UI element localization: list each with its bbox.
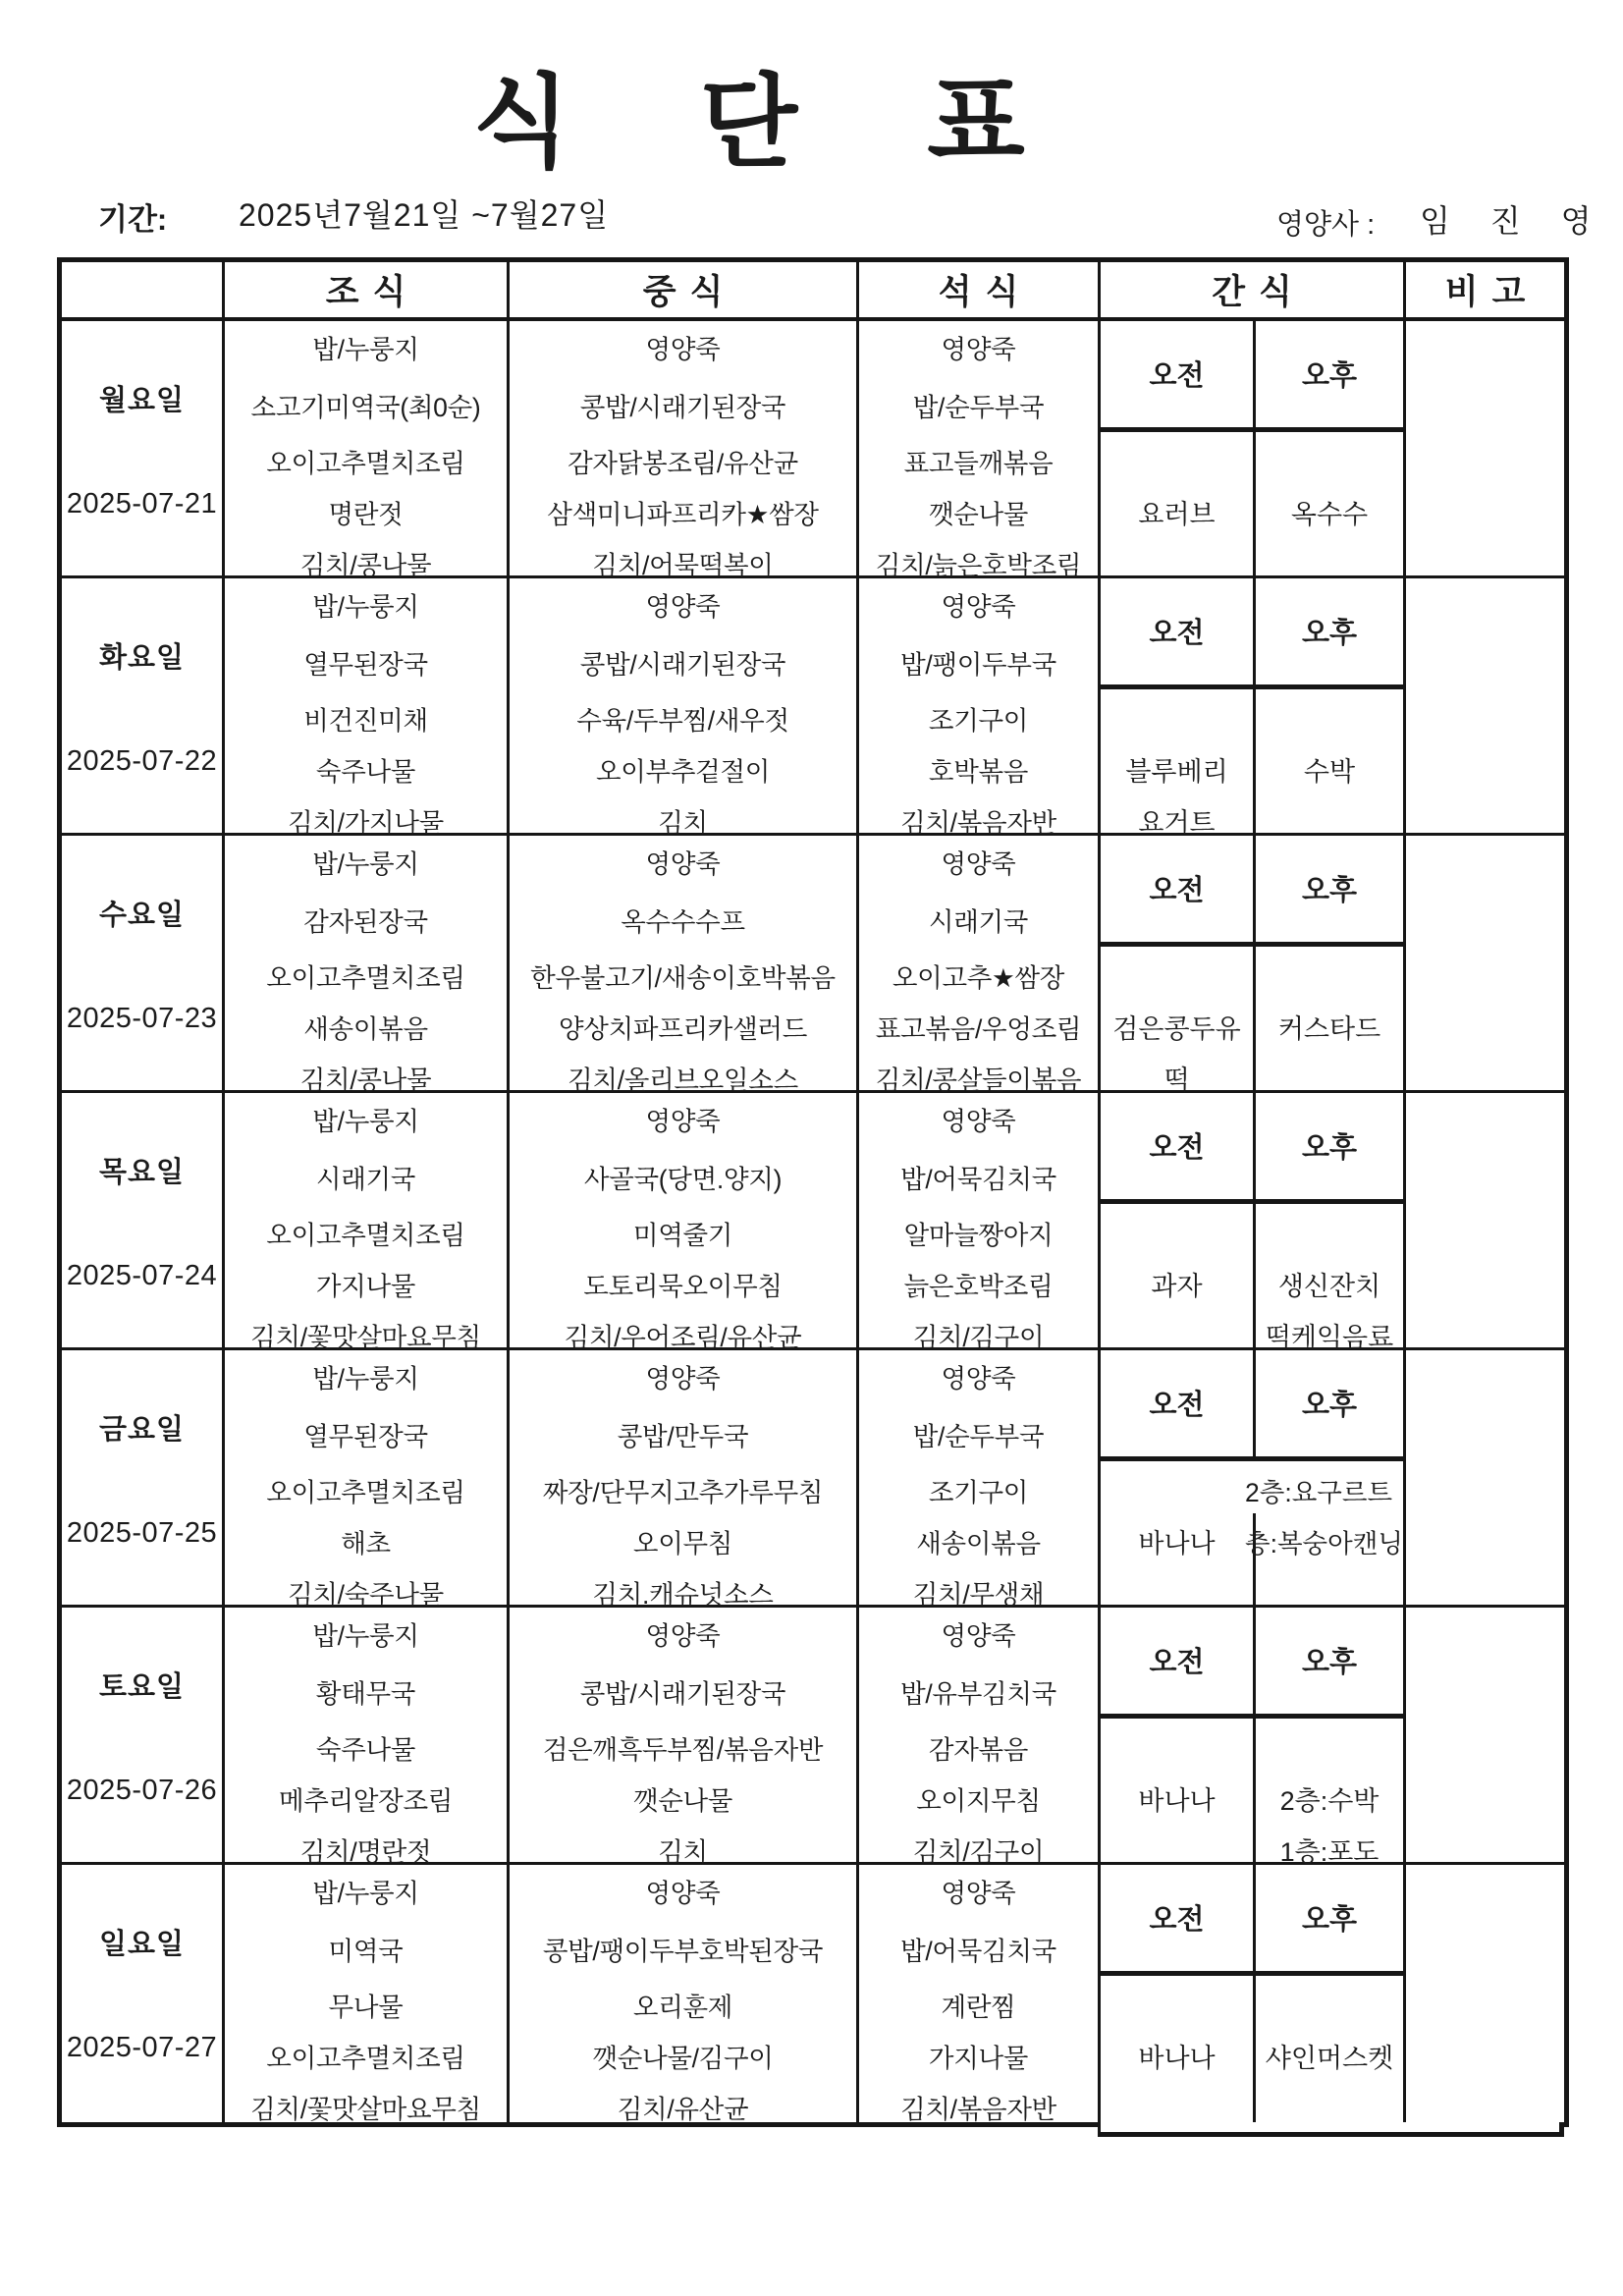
menu-line: 영양죽	[510, 323, 856, 370]
day-name: 토요일	[62, 1665, 222, 1704]
snack-pm-label: 오후	[1256, 1865, 1403, 1969]
menu-line: 밥/유부김치국	[859, 1667, 1098, 1715]
snack-divider-vertical	[1253, 836, 1256, 1090]
menu-line: 메추리알장조림	[225, 1775, 507, 1822]
snack-divider-vertical	[1253, 321, 1256, 575]
day-name: 월요일	[62, 378, 222, 417]
snack-am-label: 오전	[1101, 321, 1253, 425]
menu-line: 콩밥/시래기된장국	[510, 638, 856, 685]
snack-cell: 오전 오후 과자 생신잔치 떡케익음료	[1101, 1093, 1406, 1350]
menu-line: 영양죽	[859, 1095, 1098, 1142]
menu-line: 도토리묵오이무침	[510, 1260, 856, 1307]
page-title: 식단표	[0, 41, 1560, 187]
menu-line: 콩밥/팽이두부호박된장국	[510, 1925, 856, 1972]
day-cell-wednesday: 수요일 2025-07-23	[62, 836, 225, 1093]
menu-line: 미역줄기	[510, 1209, 856, 1256]
menu-line: 오이고추멸치조림	[225, 952, 507, 999]
day-cell-friday: 금요일 2025-07-25	[62, 1350, 225, 1608]
menu-line: 영양죽	[859, 838, 1098, 885]
menu-line: 시래기국	[225, 1153, 507, 1200]
menu-line: 영양죽	[510, 838, 856, 885]
menu-line: 감자된장국	[225, 896, 507, 943]
snack-am-label: 오전	[1101, 578, 1253, 683]
snack-cell: 오전 오후 바나나 2층:수박 1층:포도	[1101, 1608, 1406, 1865]
snack-pm-value: 층:복숭아캔닝	[1245, 1517, 1403, 1564]
breakfast-cell: 밥/누룽지 미역국 무나물 오이고추멸치조림 김치/꽃맛살마요무침	[225, 1865, 510, 2122]
snack-cell: 오전 오후 요러브 옥수수	[1101, 321, 1406, 578]
snack-pm-value: 커스타드	[1256, 1003, 1403, 1050]
breakfast-cell: 밥/누룽지 시래기국 오이고추멸치조림 가지나물 김치/꽃맛살마요무침	[225, 1093, 510, 1350]
snack-am-label: 오전	[1101, 1350, 1253, 1454]
snack-am-value: 과자	[1101, 1260, 1253, 1307]
day-cell-thursday: 목요일 2025-07-24	[62, 1093, 225, 1350]
menu-line: 호박볶음	[859, 745, 1098, 793]
snack-cell: 오전 오후 바나나 2층:요구르트 층:복숭아캔닝	[1101, 1350, 1406, 1608]
meal-plan-page: 식단표 기간: 2025년7월21일 ~7월27일 영양사 : 임 진 영 조식…	[0, 0, 1623, 2296]
menu-line: 김치/볶음자반	[859, 2083, 1098, 2130]
snack-divider-horizontal	[1101, 427, 1403, 432]
note-cell	[1406, 578, 1564, 836]
menu-table: 조식 중식 석식 간식 비고 월요일 2025-07-21 밥/누룽지 소고기미…	[57, 257, 1569, 2127]
menu-line: 오이무침	[510, 1517, 856, 1564]
snack-divider-horizontal	[1101, 1456, 1403, 1461]
menu-line: 시래기국	[859, 896, 1098, 943]
menu-line: 감자볶음	[859, 1723, 1098, 1771]
menu-line: 영양죽	[510, 1610, 856, 1657]
note-cell	[1406, 1608, 1564, 1865]
menu-line: 오이고추멸치조림	[225, 2032, 507, 2079]
snack-divider-vertical	[1253, 1093, 1256, 1347]
menu-line: 수육/두부찜/새우젓	[510, 694, 856, 741]
breakfast-cell: 밥/누룽지 열무된장국 비건진미채 숙주나물 김치/가지나물	[225, 578, 510, 836]
menu-line: 무나물	[225, 1981, 507, 2028]
menu-line: 깻순나물	[510, 1775, 856, 1822]
menu-line: 콩밥/시래기된장국	[510, 1667, 856, 1715]
snack-divider-horizontal	[1101, 1199, 1403, 1204]
dinner-cell: 영양죽 밥/순두부국 표고들깨볶음 깻순나물 김치/늙은호박조림	[859, 321, 1101, 578]
menu-line: 영양죽	[859, 1352, 1098, 1399]
menu-line: 가지나물	[225, 1260, 507, 1307]
snack-pm-label: 오후	[1256, 836, 1403, 940]
snack-cell: 오전 오후 검은콩두유 떡 커스타드	[1101, 836, 1406, 1093]
period-value: 2025년7월21일 ~7월27일	[239, 191, 609, 236]
menu-line: 숙주나물	[225, 1723, 507, 1771]
menu-line: 양상치파프리카샐러드	[510, 1003, 856, 1050]
menu-line: 계란찜	[859, 1981, 1098, 2028]
snack-am-label: 오전	[1101, 836, 1253, 940]
menu-line: 영양죽	[510, 1095, 856, 1142]
day-name: 수요일	[62, 893, 222, 932]
snack-am-value: 바나나	[1101, 1517, 1253, 1564]
menu-line: 콩밥/시래기된장국	[510, 381, 856, 428]
header-lunch: 중식	[510, 262, 859, 321]
header-day-empty	[62, 262, 225, 321]
snack-pm-label: 오후	[1256, 578, 1403, 683]
menu-line: 영양죽	[510, 580, 856, 628]
dietitian-label: 영양사 :	[1276, 202, 1375, 243]
menu-line: 짜장/단무지고추가루무침	[510, 1466, 856, 1513]
menu-line: 영양죽	[859, 323, 1098, 370]
day-name: 일요일	[62, 1922, 222, 1961]
snack-am-value: 바나나	[1101, 2032, 1253, 2079]
menu-line: 숙주나물	[225, 745, 507, 793]
menu-line: 밥/어묵김치국	[859, 1153, 1098, 1200]
menu-line: 밥/누룽지	[225, 1867, 507, 1914]
header-dinner: 석식	[859, 262, 1101, 321]
menu-line: 영양죽	[859, 1610, 1098, 1657]
menu-line: 밥/누룽지	[225, 1352, 507, 1399]
day-cell-monday: 월요일 2025-07-21	[62, 321, 225, 578]
menu-line: 김치/꽃맛살마요무침	[225, 2083, 507, 2130]
menu-line: 표고들깨볶음	[859, 437, 1098, 484]
menu-line: 한우불고기/새송이호박볶음	[510, 952, 856, 999]
menu-line: 김치/유산균	[510, 2083, 856, 2130]
menu-line: 사골국(당면.양지)	[510, 1153, 856, 1200]
menu-line: 밥/누룽지	[225, 1095, 507, 1142]
header-note: 비고	[1406, 262, 1564, 321]
snack-divider-vertical	[1253, 1350, 1256, 1456]
menu-line: 밥/누룽지	[225, 323, 507, 370]
snack-am-label: 오전	[1101, 1865, 1253, 1969]
menu-line: 황태무국	[225, 1667, 507, 1715]
note-cell	[1406, 1350, 1564, 1608]
snack-divider-horizontal	[1101, 1971, 1403, 1976]
menu-line: 감자닭봉조림/유산균	[510, 437, 856, 484]
menu-line: 오이지무침	[859, 1775, 1098, 1822]
day-date: 2025-07-22	[62, 741, 222, 781]
lunch-cell: 영양죽 콩밥/시래기된장국 감자닭봉조림/유산균 삼색미니파프리카★쌈장 김치/…	[510, 321, 859, 578]
menu-line: 옥수수수프	[510, 896, 856, 943]
day-date: 2025-07-26	[62, 1771, 222, 1810]
snack-divider-vertical	[1253, 1865, 1256, 2122]
menu-line: 깻순나물/김구이	[510, 2032, 856, 2079]
snack-pm-label: 오후	[1256, 321, 1403, 425]
snack-pm-label: 오후	[1256, 1350, 1403, 1454]
snack-pm-value: 생신잔치	[1256, 1260, 1403, 1307]
snack-divider-vertical	[1253, 1608, 1256, 1862]
snack-am-label: 오전	[1101, 1093, 1253, 1197]
menu-line: 조기구이	[859, 694, 1098, 741]
lunch-cell: 영양죽 콩밥/시래기된장국 수육/두부찜/새우젓 오이부추겉절이 김치	[510, 578, 859, 836]
menu-line: 오이고추멸치조림	[225, 1466, 507, 1513]
menu-line: 오이고추★쌈장	[859, 952, 1098, 999]
menu-line: 밥/순두부국	[859, 381, 1098, 428]
snack-am-value: 바나나	[1101, 1775, 1253, 1822]
menu-line: 밥/어묵김치국	[859, 1925, 1098, 1972]
note-cell	[1406, 1093, 1564, 1350]
header-snack: 간식	[1101, 262, 1406, 321]
dinner-cell: 영양죽 밥/어묵김치국 계란찜 가지나물 김치/볶음자반	[859, 1865, 1101, 2122]
menu-line: 밥/순두부국	[859, 1410, 1098, 1457]
breakfast-cell: 밥/누룽지 황태무국 숙주나물 메추리알장조림 김치/명란젓	[225, 1608, 510, 1865]
menu-line: 명란젓	[225, 488, 507, 535]
menu-line: 영양죽	[510, 1867, 856, 1914]
day-name: 금요일	[62, 1407, 222, 1447]
day-date: 2025-07-24	[62, 1256, 222, 1295]
snack-am-label: 오전	[1101, 1608, 1253, 1712]
day-date: 2025-07-23	[62, 999, 222, 1038]
day-date: 2025-07-25	[62, 1513, 222, 1553]
dinner-cell: 영양죽 시래기국 오이고추★쌈장 표고볶음/우엉조림 김치/콩살들이볶음	[859, 836, 1101, 1093]
menu-line: 조기구이	[859, 1466, 1098, 1513]
note-cell	[1406, 321, 1564, 578]
menu-line: 새송이볶음	[859, 1517, 1098, 1564]
menu-line: 밥/누룽지	[225, 1610, 507, 1657]
menu-line: 소고기미역국(최0순)	[225, 381, 507, 428]
dietitian-name: 임 진 영	[1420, 196, 1607, 242]
dinner-cell: 영양죽 밥/어묵김치국 알마늘짱아지 늙은호박조림 김치/김구이	[859, 1093, 1101, 1350]
snack-cell: 오전 오후 바나나 샤인머스켓	[1101, 1865, 1406, 2122]
snack-pm-value: 샤인머스켓	[1256, 2032, 1403, 2079]
menu-line: 밥/누룽지	[225, 580, 507, 628]
header-breakfast: 조식	[225, 262, 510, 321]
menu-line: 영양죽	[510, 1352, 856, 1399]
menu-line: 영양죽	[859, 580, 1098, 628]
day-cell-sunday: 일요일 2025-07-27	[62, 1865, 225, 2122]
lunch-cell: 영양죽 사골국(당면.양지) 미역줄기 도토리묵오이무침 김치/우어조림/유산균	[510, 1093, 859, 1350]
breakfast-cell: 밥/누룽지 소고기미역국(최0순) 오이고추멸치조림 명란젓 김치/콩나물	[225, 321, 510, 578]
menu-line: 가지나물	[859, 2032, 1098, 2079]
lunch-cell: 영양죽 콩밥/만두국 짜장/단무지고추가루무침 오이무침 김치.캐슈넛소스	[510, 1350, 859, 1608]
menu-line: 해초	[225, 1517, 507, 1564]
snack-pm-value: 수박	[1256, 745, 1403, 793]
day-name: 목요일	[62, 1150, 222, 1189]
day-date: 2025-07-21	[62, 484, 222, 523]
table-bottom-step	[1098, 2122, 1564, 2137]
lunch-cell: 영양죽 콩밥/팽이두부호박된장국 오리훈제 깻순나물/김구이 김치/유산균	[510, 1865, 859, 2122]
menu-line: 깻순나물	[859, 488, 1098, 535]
note-cell	[1406, 836, 1564, 1093]
menu-line: 열무된장국	[225, 638, 507, 685]
menu-line: 비건진미채	[225, 694, 507, 741]
menu-line: 표고볶음/우엉조림	[859, 1003, 1098, 1050]
day-name: 화요일	[62, 635, 222, 675]
period-label: 기간:	[98, 194, 167, 239]
menu-line: 열무된장국	[225, 1410, 507, 1457]
snack-divider-horizontal	[1101, 1714, 1403, 1719]
snack-am-value: 블루베리	[1101, 745, 1253, 793]
dinner-cell: 영양죽 밥/팽이두부국 조기구이 호박볶음 김치/볶음자반	[859, 578, 1101, 836]
snack-pm-value: 2층:수박	[1256, 1775, 1403, 1822]
menu-line: 오이부추겉절이	[510, 745, 856, 793]
menu-line: 미역국	[225, 1925, 507, 1972]
menu-line: 밥/팽이두부국	[859, 638, 1098, 685]
snack-divider-horizontal	[1101, 684, 1403, 689]
snack-divider-horizontal	[1101, 942, 1403, 947]
menu-line: 삼색미니파프리카★쌈장	[510, 488, 856, 535]
menu-line: 오이고추멸치조림	[225, 437, 507, 484]
dinner-cell: 영양죽 밥/유부김치국 감자볶음 오이지무침 김치/김구이	[859, 1608, 1101, 1865]
note-cell	[1406, 1865, 1564, 2122]
day-date: 2025-07-27	[62, 2028, 222, 2067]
lunch-cell: 영양죽 옥수수수프 한우불고기/새송이호박볶음 양상치파프리카샐러드 김치/올리…	[510, 836, 859, 1093]
dinner-cell: 영양죽 밥/순두부국 조기구이 새송이볶음 김치/무생채	[859, 1350, 1101, 1608]
menu-line: 새송이볶음	[225, 1003, 507, 1050]
menu-line: 밥/누룽지	[225, 838, 507, 885]
menu-line: 알마늘짱아지	[859, 1209, 1098, 1256]
breakfast-cell: 밥/누룽지 감자된장국 오이고추멸치조림 새송이볶음 김치/콩나물	[225, 836, 510, 1093]
menu-line: 늙은호박조림	[859, 1260, 1098, 1307]
snack-am-value: 검은콩두유	[1101, 1003, 1253, 1050]
breakfast-cell: 밥/누룽지 열무된장국 오이고추멸치조림 해초 김치/숙주나물	[225, 1350, 510, 1608]
snack-am-value: 요러브	[1101, 488, 1253, 535]
menu-line: 오리훈제	[510, 1981, 856, 2028]
lunch-cell: 영양죽 콩밥/시래기된장국 검은깨흑두부찜/볶음자반 깻순나물 김치	[510, 1608, 859, 1865]
menu-line: 영양죽	[859, 1867, 1098, 1914]
day-cell-saturday: 토요일 2025-07-26	[62, 1608, 225, 1865]
day-cell-tuesday: 화요일 2025-07-22	[62, 578, 225, 836]
snack-pm-label: 오후	[1256, 1608, 1403, 1712]
menu-line: 콩밥/만두국	[510, 1410, 856, 1457]
snack-pm-value: 옥수수	[1256, 488, 1403, 535]
menu-line: 검은깨흑두부찜/볶음자반	[510, 1723, 856, 1771]
snack-pm-value: 2층:요구르트	[1245, 1466, 1392, 1513]
menu-line: 오이고추멸치조림	[225, 1209, 507, 1256]
snack-cell: 오전 오후 블루베리 요거트 수박	[1101, 578, 1406, 836]
snack-divider-vertical	[1253, 578, 1256, 833]
snack-pm-label: 오후	[1256, 1093, 1403, 1197]
